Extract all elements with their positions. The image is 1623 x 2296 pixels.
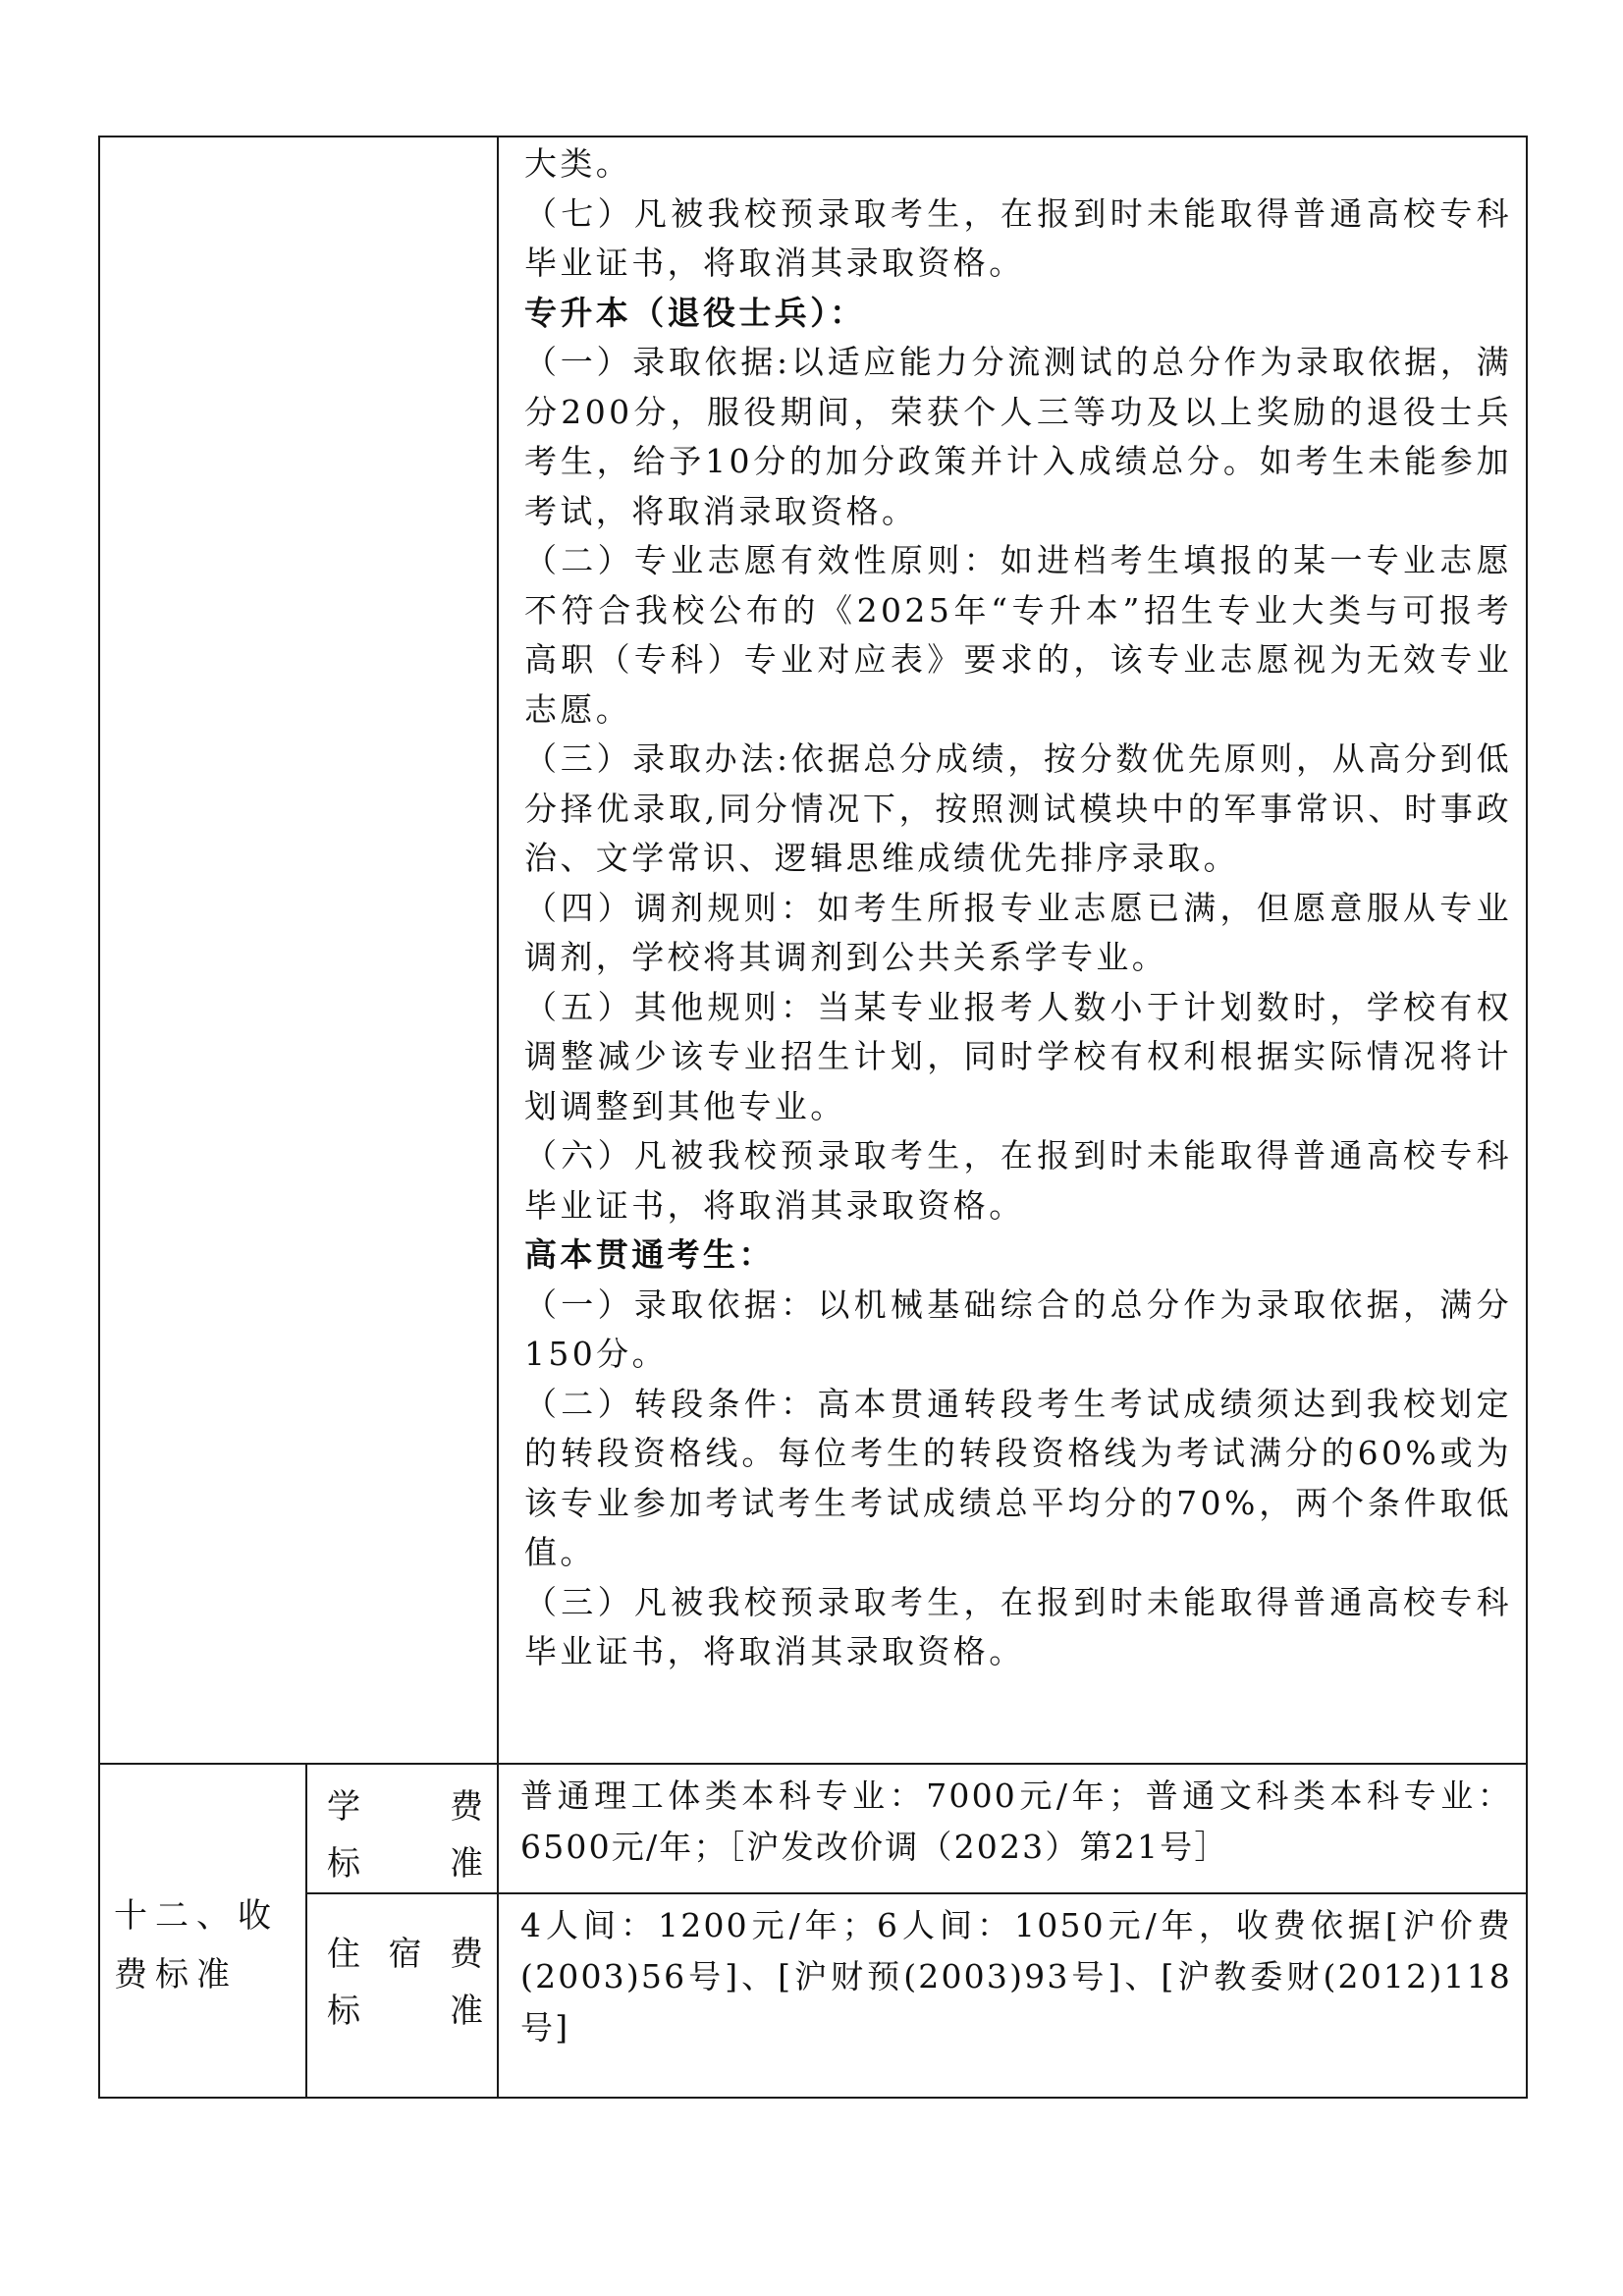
- dorm-label-cell: 住 宿 费 标 准: [306, 1893, 498, 2098]
- paragraph-veterans-rule-4: （四）调剂规则：如考生所报专业志愿已满，但愿意服从专业调剂，学校将其调剂到公共关…: [524, 884, 1512, 983]
- tuition-label-cell: 学 费 标 准: [306, 1764, 498, 1893]
- admission-document-table: 大类。 （七）凡被我校预录取考生，在报到时未能取得普通高校专科毕业证书，将取消其…: [98, 136, 1528, 2099]
- label-char: 标: [327, 1835, 360, 1892]
- fee-section-label: 十二、收费标准: [114, 1857, 296, 2004]
- tuition-fee-value-cell: 普通理工体类本科专业：7000元/年；普通文科类本科专业：6500元/年；［沪发…: [498, 1764, 1527, 1893]
- dorm-fee-value-cell: 4人间：1200元/年；6人间：1050元/年，收费依据[沪价费(2003)56…: [498, 1893, 1527, 2098]
- dorm-fee-text: 4人间：1200元/年；6人间：1050元/年，收费依据[沪价费(2003)56…: [520, 1900, 1512, 2053]
- dorm-label-line-2: 标 准: [327, 1983, 483, 2040]
- paragraph-integrated-rule-3: （三）凡被我校预录取考生，在报到时未能取得普通高校专科毕业证书，将取消其录取资格…: [524, 1578, 1512, 1677]
- label-char: 住: [327, 1926, 360, 1983]
- dorm-fee-row: 住 宿 费 标 准 4人间：1200元/年；6人间：1050元/年，收费依据[沪…: [99, 1893, 1527, 2098]
- dorm-label-line-1: 住 宿 费: [327, 1926, 483, 1983]
- tuition-fee-text: 普通理工体类本科专业：7000元/年；普通文科类本科专业：6500元/年；［沪发…: [520, 1771, 1512, 1873]
- admission-rules-content: 大类。 （七）凡被我校预录取考生，在报到时未能取得普通高校专科毕业证书，将取消其…: [498, 137, 1527, 1764]
- label-char: 费: [450, 1778, 483, 1835]
- admission-rules-row: 大类。 （七）凡被我校预录取考生，在报到时未能取得普通高校专科毕业证书，将取消其…: [99, 137, 1527, 1764]
- tuition-label-line-1: 学 费: [327, 1778, 483, 1835]
- paragraph-continuation: 大类。: [524, 139, 1512, 190]
- label-char: 学: [327, 1778, 360, 1835]
- paragraph-veterans-rule-3: （三）录取办法:依据总分成绩，按分数优先原则，从高分到低分择优录取,同分情况下，…: [524, 735, 1512, 884]
- paragraph-integrated-rule-1: （一）录取依据：以机械基础综合的总分作为录取依据，满分150分。: [524, 1281, 1512, 1380]
- label-char: 准: [450, 1835, 483, 1892]
- paragraph-veterans-rule-5: （五）其他规则：当某专业报考人数小于计划数时，学校有权调整减少该专业招生计划，同…: [524, 983, 1512, 1132]
- tuition-label-line-2: 标 准: [327, 1835, 483, 1892]
- label-char: 宿: [389, 1926, 422, 1983]
- section-label-cell-empty: [99, 137, 498, 1764]
- paragraph-veterans-rule-6: （六）凡被我校预录取考生，在报到时未能取得普通高校专科毕业证书，将取消其录取资格…: [524, 1131, 1512, 1230]
- label-char: 标: [327, 1983, 360, 2040]
- paragraph-veterans-rule-2: （二）专业志愿有效性原则：如进档考生填报的某一专业志愿不符合我校公布的《2025…: [524, 536, 1512, 735]
- paragraph-veterans-rule-1: （一）录取依据:以适应能力分流测试的总分作为录取依据，满分200分，服役期间，荣…: [524, 338, 1512, 536]
- label-char: 准: [450, 1983, 483, 2040]
- paragraph-rule-7: （七）凡被我校预录取考生，在报到时未能取得普通高校专科毕业证书，将取消其录取资格…: [524, 190, 1512, 289]
- fee-section-label-cell: 十二、收费标准: [99, 1764, 306, 2098]
- heading-veterans: 专升本（退役士兵）：: [524, 289, 1512, 339]
- tuition-fee-row: 十二、收费标准 学 费 标 准 普通理工体类本科专业：7000元/年；普通文科类…: [99, 1764, 1527, 1893]
- heading-integrated-program: 高本贯通考生：: [524, 1230, 1512, 1281]
- label-char: 费: [450, 1926, 483, 1983]
- paragraph-integrated-rule-2: （二）转段条件：高本贯通转段考生考试成绩须达到我校划定的转段资格线。每位考生的转…: [524, 1380, 1512, 1578]
